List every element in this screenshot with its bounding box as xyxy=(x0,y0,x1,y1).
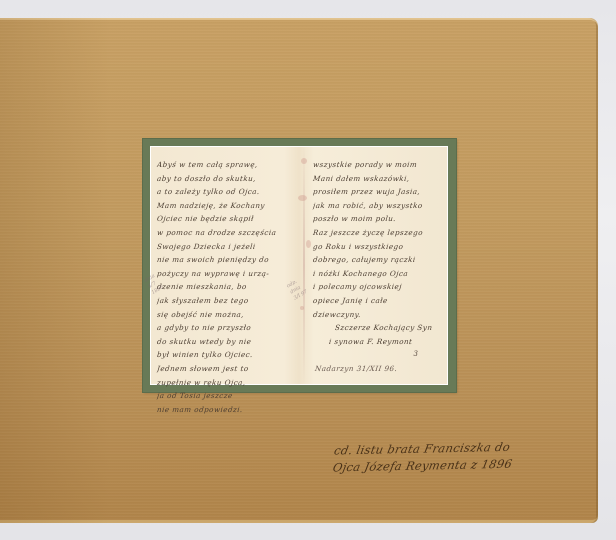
letter-line: ja od Tosia jeszcze xyxy=(156,389,300,403)
letter-line: Abyś w tem całą sprawę, xyxy=(156,158,300,172)
letter-line: i polecamy ojcowskiej xyxy=(312,280,445,294)
letter-line: i nóżki Kochanego Ojca xyxy=(312,267,445,281)
letter-line: aby to doszło do skutku, xyxy=(156,172,300,186)
album-caption: cd. listu brata Franciszka do Ojca Józef… xyxy=(329,437,577,476)
letter-line: jak słyszałem bez tego xyxy=(156,294,300,308)
letter-left-page: Abyś w tem całą sprawę, aby to doszło do… xyxy=(157,158,300,416)
letter-line: dziewczyny. xyxy=(312,308,445,322)
letter-line: Jednem słowem jest to xyxy=(156,362,300,376)
letter-line: wszystkie porady w moim xyxy=(312,158,445,172)
letter-line: prosiłem przez wuja Jasia, xyxy=(312,185,445,199)
letter-sheet: Abyś w tem całą sprawę, aby to doszło do… xyxy=(150,146,448,385)
letter-line: nie ma swoich pieniędzy do xyxy=(156,253,300,267)
letter-line: opiece Janię i całe xyxy=(312,294,445,308)
letter-line: Raz jeszcze życzę lepszego xyxy=(312,226,445,240)
letter-line: jak ma robić, aby wszystko xyxy=(312,199,445,213)
letter-line: a gdyby to nie przyszło xyxy=(156,321,300,335)
letter-right-page: wszystkie porady w moim Mani dałem wskaz… xyxy=(313,158,445,376)
letter-line: poszło w moim polu. xyxy=(312,212,445,226)
letter-line: nie mam odpowiedzi. xyxy=(156,403,300,417)
letter-line: Mani dałem wskazówki, xyxy=(312,172,445,186)
paper-fold xyxy=(303,146,305,385)
stain xyxy=(306,240,311,248)
page-number: 3 xyxy=(414,350,418,358)
letter-line: dzenie mieszkania, bo xyxy=(156,280,300,294)
letter-line: do skutku wtedy by nie xyxy=(156,335,300,349)
letter-date: Nadarzyn 31/XII 96. xyxy=(312,362,445,376)
letter-line: się obejść nie można, xyxy=(156,308,300,322)
letter-line: Swojego Dziecka i jeżeli xyxy=(156,240,300,254)
letter-line: a to zależy tylko od Ojca. xyxy=(156,185,300,199)
board-shadow xyxy=(0,18,110,523)
letter-line: Mam nadzieję, że Kochany xyxy=(156,199,300,213)
letter-line: dobrego, całujemy rączki xyxy=(312,253,445,267)
letter-line: Ojciec nie będzie skąpił xyxy=(156,212,300,226)
letter-line: był winien tylko Ojciec. xyxy=(156,348,300,362)
letter-line: w pomoc na drodze szczęścia xyxy=(156,226,300,240)
letter-line: go Roku i wszystkiego xyxy=(312,240,445,254)
green-mat-frame: Abyś w tem całą sprawę, aby to doszło do… xyxy=(143,139,456,392)
letter-line: zupełnie w ręku Ojca, xyxy=(156,376,300,390)
letter-line: pożyczy na wyprawę i urzą- xyxy=(156,267,300,281)
stain xyxy=(301,158,307,164)
letter-signature: i synowa F. Reymont xyxy=(312,335,445,349)
letter-closing: Szczerze Kochający Syn xyxy=(312,321,445,335)
